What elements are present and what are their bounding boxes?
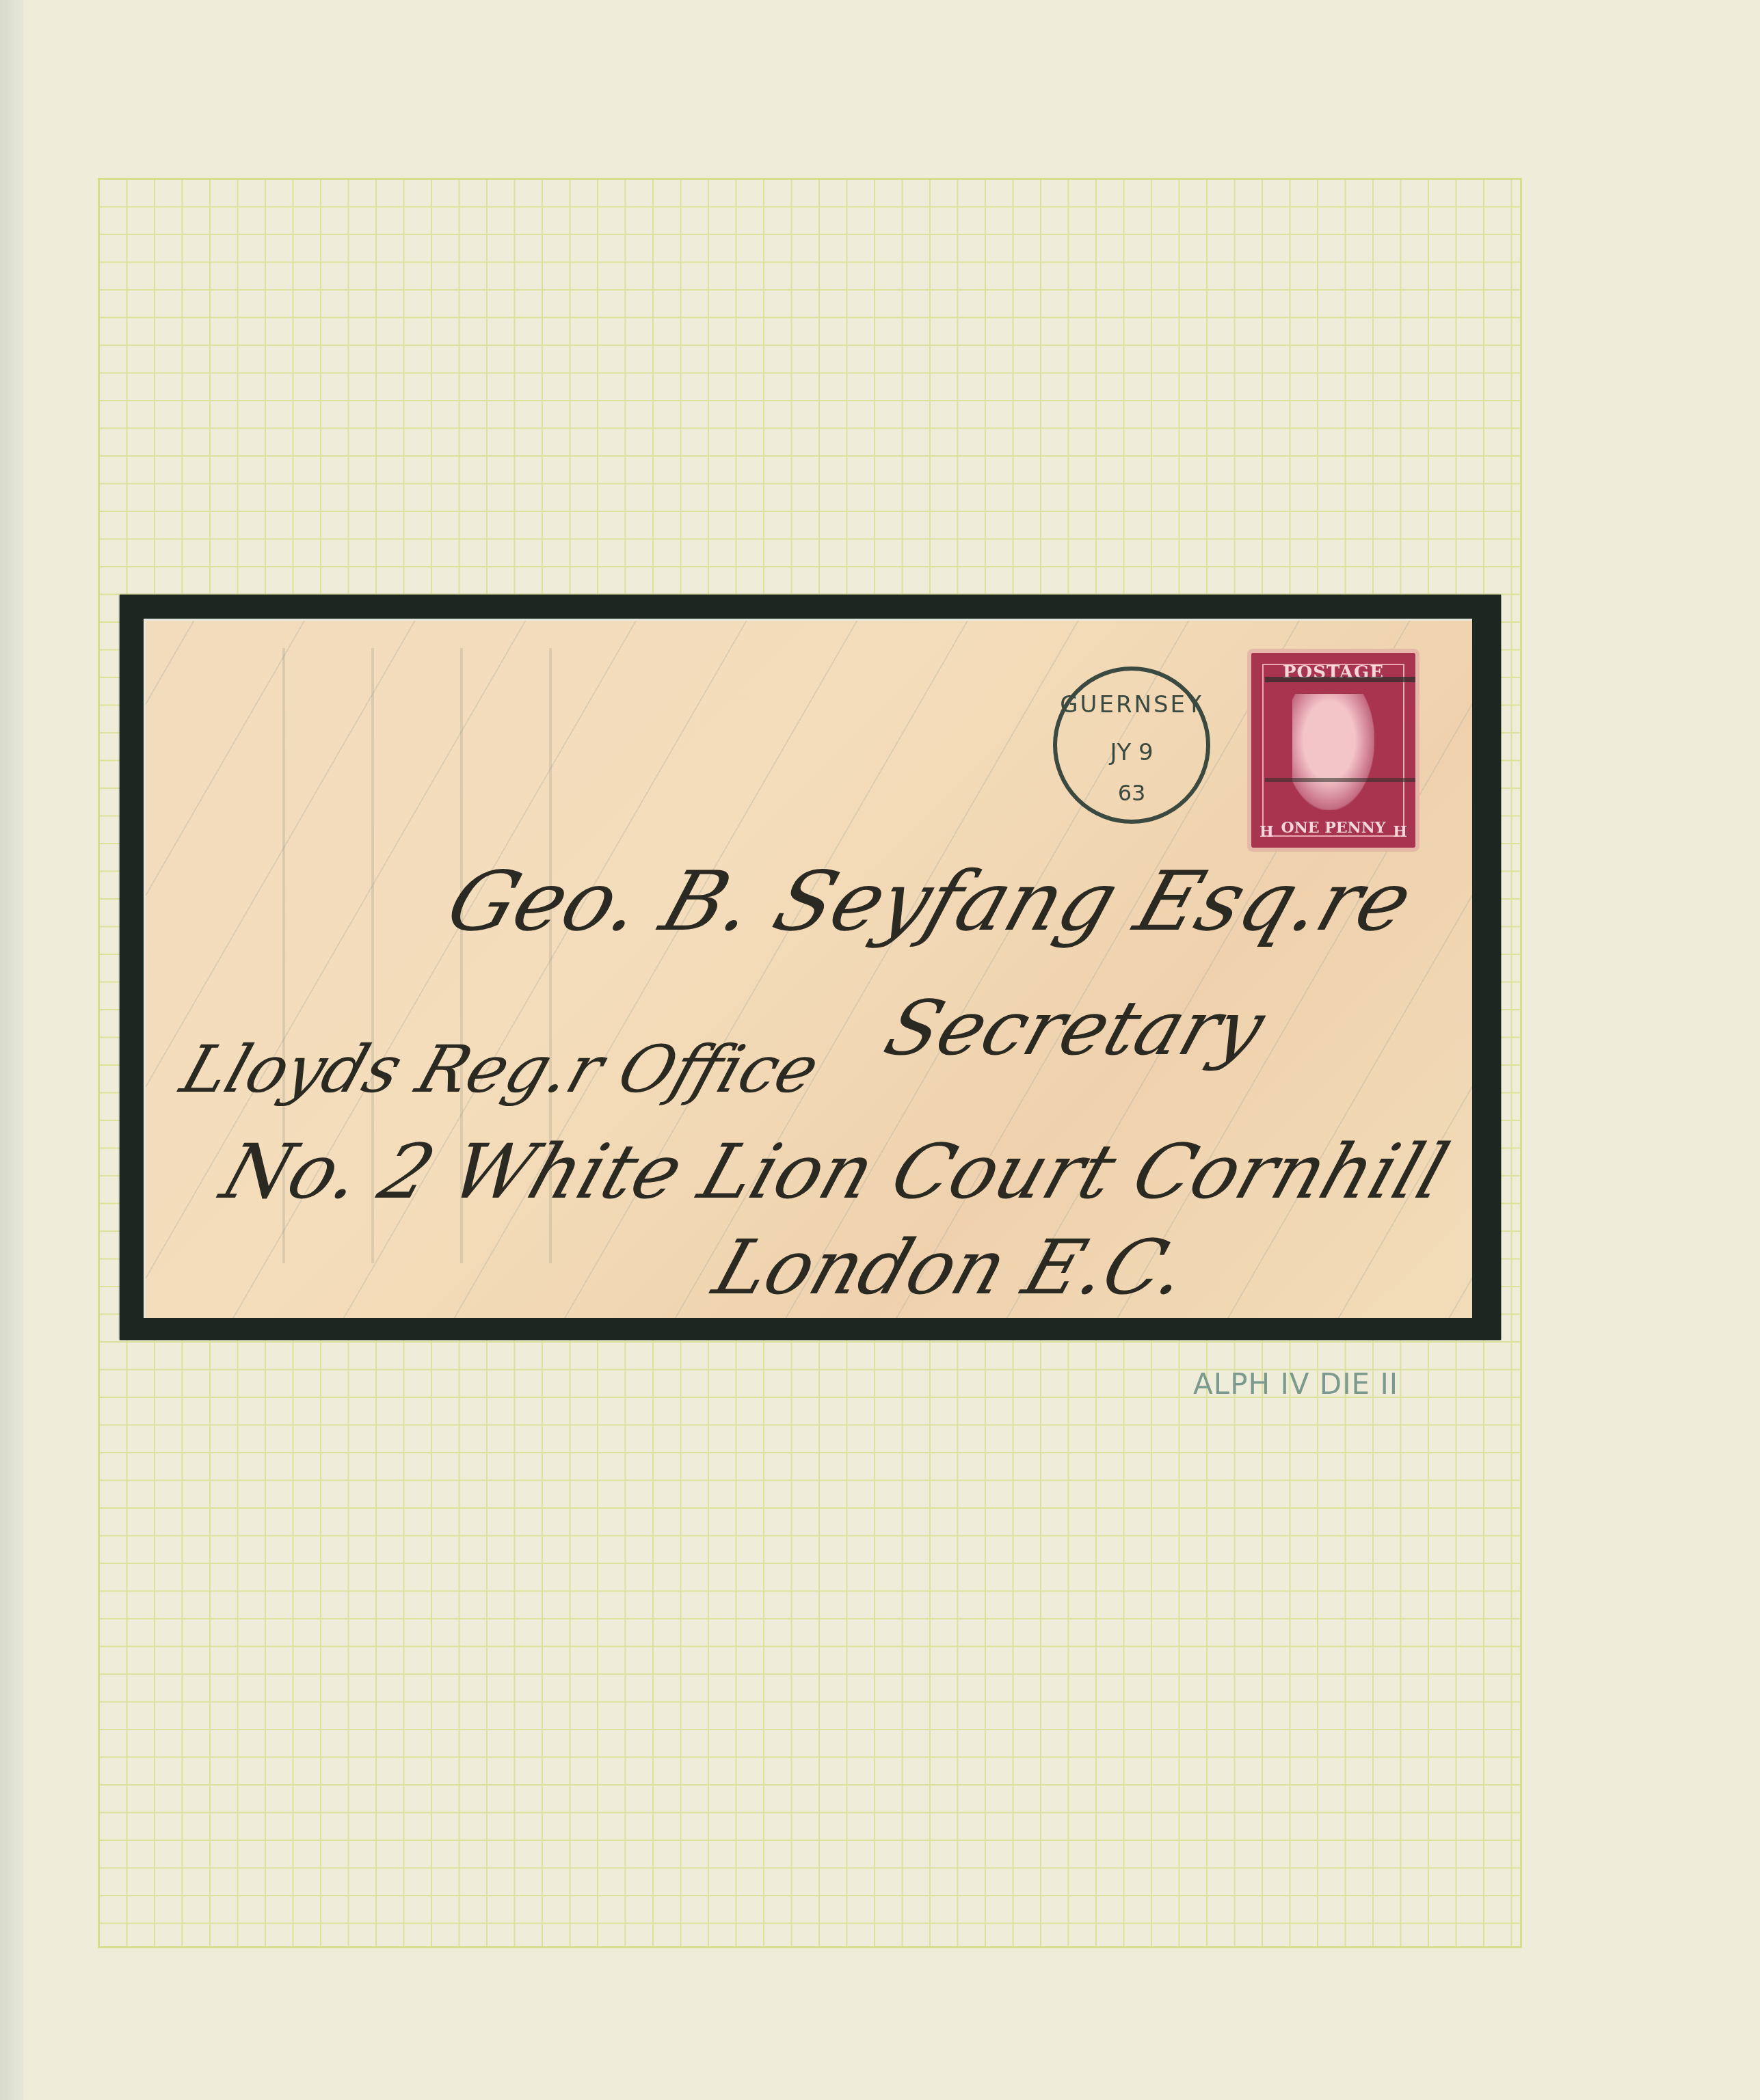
address-line-title: Secretary: [875, 984, 1275, 1072]
stamp-bottom-label: ONE PENNY: [1251, 819, 1415, 841]
pencil-annotation: ALPH IV DIE II: [1193, 1367, 1398, 1401]
address-line-city: London E.C.: [704, 1224, 1199, 1311]
address-line-addressee: Geo. B. Seyfang Esq.re: [436, 854, 1424, 950]
guernsey-postmark: GUERNSEY JY 9 63: [1053, 667, 1210, 824]
stamp-cancellation-bars: [1265, 677, 1415, 782]
album-binding-strip: [0, 0, 23, 2100]
address-line-street: No. 2 White Lion Court Cornhill: [211, 1128, 1458, 1215]
postmark-town: GUERNSEY: [1057, 691, 1206, 718]
address-line-office: Lloyds Reg.r Office: [172, 1032, 828, 1107]
postmark-year: 63: [1057, 780, 1206, 806]
postmark-date: JY 9: [1057, 739, 1206, 766]
stamp-corner-letter-right: H: [1393, 823, 1407, 841]
